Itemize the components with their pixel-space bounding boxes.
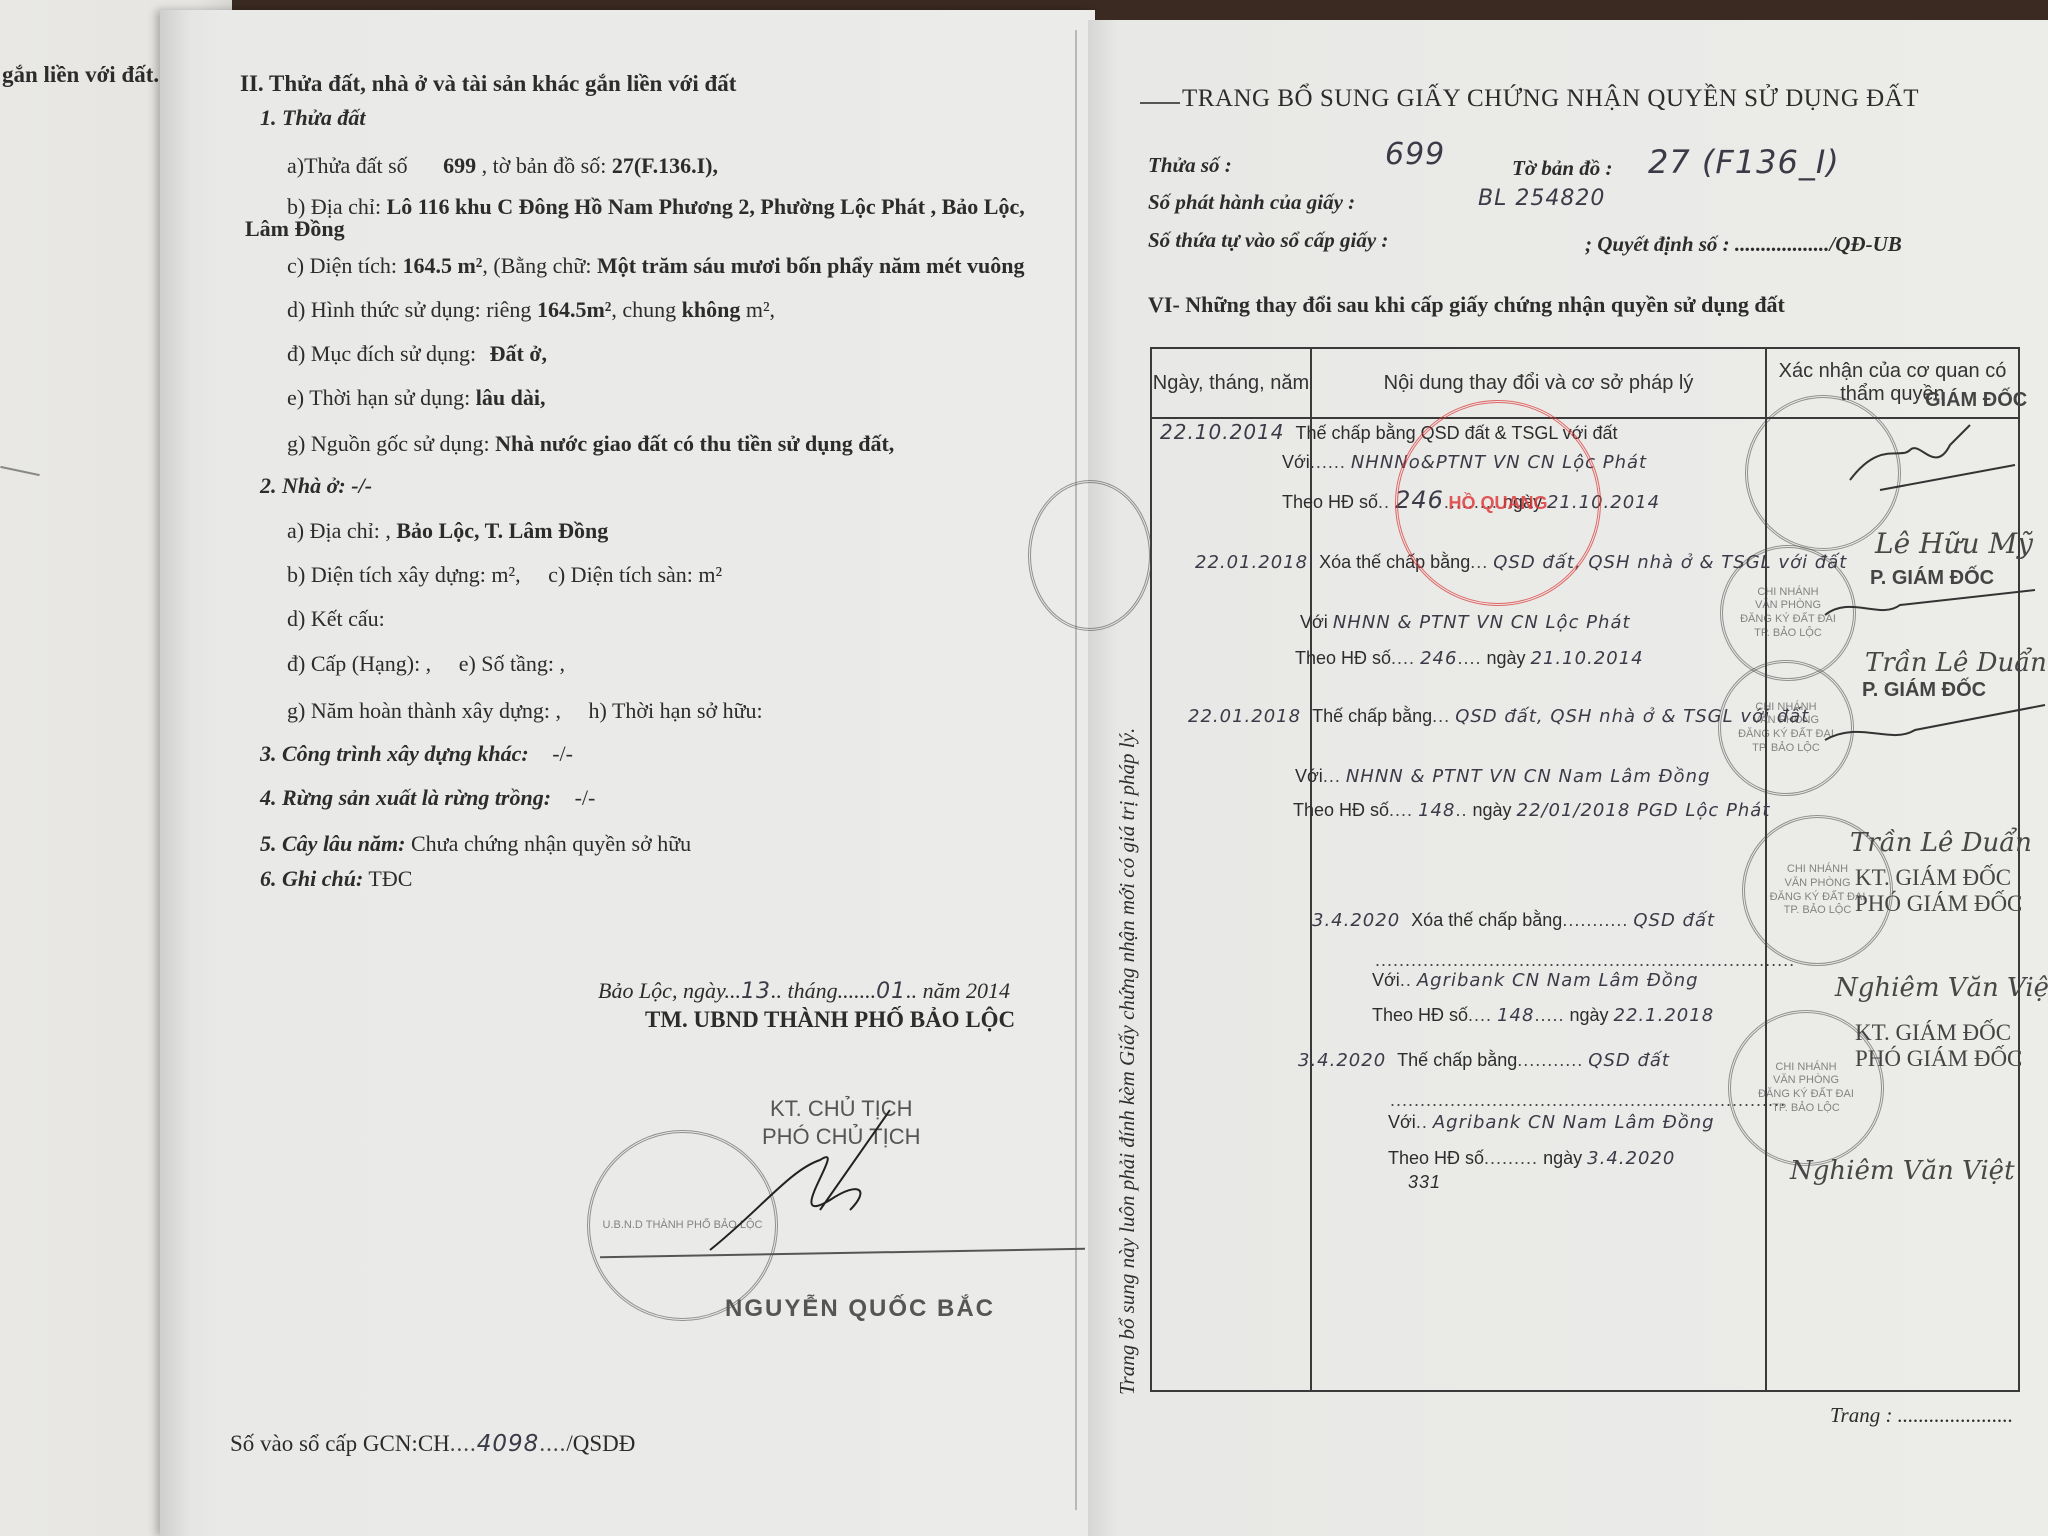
land-heading: 1. Thửa đất bbox=[260, 107, 365, 129]
with-value: Agribank CN Nam Lâm Đồng bbox=[1417, 970, 1699, 991]
house-area-row: b) Diện tích xây dựng: m², c) Diện tích … bbox=[287, 564, 722, 586]
with-label: Với bbox=[1388, 1112, 1416, 1132]
approver-name: Trần Lê Duẩn bbox=[1865, 650, 2047, 676]
entry-detail: QSD đất bbox=[1633, 910, 1715, 931]
approver-name: Lê Hữu Mỹ bbox=[1875, 530, 2033, 558]
entry-date: 3.4.2020 bbox=[1298, 1050, 1386, 1071]
order-no-label: Số thứa tự vào sổ cấp giấy : bbox=[1148, 230, 1388, 251]
other-item-6: 6. Ghi chú: TĐC bbox=[260, 868, 412, 890]
build-area-label: b) Diện tích xây dựng: m², bbox=[287, 562, 521, 587]
supplement-title: TRANG BỔ SUNG GIẤY CHỨNG NHẬN QUYỀN SỬ D… bbox=[1182, 86, 1919, 111]
entry-type: Xóa thế chấp bằng bbox=[1411, 910, 1562, 930]
area-in-words: Một trăm sáu mươi bốn phẩy năm mét vuông bbox=[597, 253, 1025, 278]
contract-date-label: ngày bbox=[1486, 648, 1525, 668]
with-value: NHNN & PTNT VN CN Lộc Phát bbox=[1333, 612, 1631, 633]
entry-with: Với.. Agribank CN Nam Lâm Đồng bbox=[1372, 970, 1699, 991]
contract-date: 22.1.2018 bbox=[1614, 1005, 1715, 1026]
contract-date-label: ngày bbox=[1569, 1005, 1608, 1025]
signer-name: NGUYỄN QUỐC BẮC bbox=[725, 1297, 995, 1321]
entry-with: Với NHNN & PTNT VN CN Lộc Phát bbox=[1300, 612, 1631, 633]
shared-unit: m², bbox=[746, 297, 775, 322]
issue-no-value: BL 254820 bbox=[1478, 188, 1605, 210]
parcel-no-label: Thửa số : bbox=[1148, 155, 1232, 176]
grade-row: đ) Cấp (Hạng): , e) Số tầng: , bbox=[287, 653, 565, 675]
other-label: 6. Ghi chú: bbox=[260, 866, 363, 891]
issue-no-label: Số phát hành của giấy : bbox=[1148, 192, 1355, 213]
title-line: KT. GIÁM ĐỐC bbox=[1855, 1020, 2022, 1046]
purpose-label: đ) Mục đích sử dụng: bbox=[287, 341, 476, 366]
land-parcel-row: a)Thửa đất số 699 , tờ bản đồ số: 27(F.1… bbox=[287, 155, 718, 177]
map-sheet-value: 27 (F136_I) bbox=[1648, 146, 1840, 178]
issuing-authority: TM. UBND THÀNH PHỐ BẢO LỘC bbox=[645, 1008, 1015, 1031]
contract-date: 3.4.2020 bbox=[1587, 1148, 1675, 1169]
contract-date-label: ngày bbox=[1543, 1148, 1582, 1168]
house-heading: 2. Nhà ở: -/- bbox=[260, 475, 372, 497]
entry-date: 22.01.2018 bbox=[1195, 552, 1308, 573]
with-label: Với bbox=[1300, 612, 1328, 632]
section-title: II. Thửa đất, nhà ở và tài sản khác gắn … bbox=[240, 72, 736, 95]
entry-date: 3.4.2020 bbox=[1312, 910, 1400, 931]
area-label: c) Diện tích: bbox=[287, 253, 397, 278]
previous-page-fragment: gắn liền với đất. bbox=[2, 63, 159, 86]
with-label: Với bbox=[1372, 970, 1400, 990]
approval-title: GIÁM ĐỐC bbox=[1925, 390, 2027, 410]
changes-section-title: VI- Những thay đổi sau khi cấp giấy chứn… bbox=[1148, 294, 1785, 316]
purpose-row: đ) Mục đích sử dụng: Đất ở, bbox=[287, 343, 547, 365]
approver-name: Nghiêm Văn Việt bbox=[1790, 1158, 2015, 1184]
contract-label: Theo HĐ số bbox=[1293, 800, 1389, 820]
other-item-5: 5. Cây lâu năm: Chưa chứng nhận quyền sở… bbox=[260, 833, 691, 855]
table-row: 3.4.2020 Thế chấp bằng........... QSD đấ… bbox=[1298, 1050, 1670, 1071]
origin-value: Nhà nước giao đất có thu tiền sử dụng đấ… bbox=[495, 431, 894, 456]
approver-name: Trần Lê Duẩn bbox=[1850, 830, 2032, 856]
floors-label: e) Số tầng: , bbox=[459, 651, 565, 676]
parcel-no-value: 699 bbox=[1385, 140, 1445, 170]
contract-no: 331 bbox=[1408, 1172, 1441, 1193]
grade-label: đ) Cấp (Hạng): , bbox=[287, 651, 431, 676]
registry-number-row: Số vào sổ cấp GCN:CH....4098..../QSDĐ bbox=[230, 1432, 635, 1456]
approval-title-block: KT. GIÁM ĐỐC PHÓ GIÁM ĐỐC bbox=[1855, 865, 2022, 918]
stamp-line: TP. BẢO LỘC bbox=[1758, 1102, 1854, 1116]
approval-signature bbox=[1820, 700, 2048, 760]
parcel-number: 699 bbox=[443, 153, 476, 178]
title-line: PHÓ GIÁM ĐỐC bbox=[1855, 1046, 2022, 1072]
contract-label: Theo HĐ số bbox=[1282, 492, 1378, 512]
other-label: 5. Cây lâu năm: bbox=[260, 831, 405, 856]
map-number: 27(F.136.I), bbox=[612, 153, 718, 178]
term-label: e) Thời hạn sử dụng: bbox=[287, 385, 470, 410]
entry-date: 22.01.2018 bbox=[1188, 706, 1301, 727]
with-label: Với bbox=[1295, 766, 1323, 786]
stamp-line: CHI NHÁNH bbox=[1770, 863, 1866, 877]
contract-no: 148 bbox=[1497, 1005, 1534, 1026]
term-row: e) Thời hạn sử dụng: lâu dài, bbox=[287, 387, 545, 409]
approval-title: P. GIÁM ĐỐC bbox=[1862, 680, 1986, 700]
approval-signature bbox=[1840, 420, 2020, 500]
origin-label: g) Nguồn gốc sử dụng: bbox=[287, 431, 490, 456]
house-address-label: a) Địa chỉ: , bbox=[287, 518, 391, 543]
page-fold bbox=[1075, 30, 1077, 1510]
shared-value: không bbox=[682, 297, 741, 322]
sign-year: .. năm 2014 bbox=[906, 978, 1010, 1003]
completion-label: g) Năm hoàn thành xây dựng: , bbox=[287, 698, 561, 723]
land-area-row: c) Diện tích: 164.5 m², (Bằng chữ: Một t… bbox=[287, 255, 1025, 277]
entry-dotted-line: ........................................… bbox=[1375, 950, 1795, 971]
vertical-legal-note: Trang bổ sung này luôn phải đính kèm Giấ… bbox=[1115, 728, 1140, 1395]
stamp-line: CHI NHÁNH bbox=[1758, 1061, 1854, 1075]
other-label: 3. Công trình xây dựng khác: bbox=[260, 741, 529, 766]
contract-label: Theo HĐ số bbox=[1372, 1005, 1468, 1025]
page-number-label: Trang : ...................... bbox=[1830, 1405, 2013, 1426]
house-address-row: a) Địa chỉ: , Bảo Lộc, T. Lâm Đồng bbox=[287, 520, 608, 542]
title-line: PHÓ GIÁM ĐỐC bbox=[1855, 891, 2022, 917]
sign-month: 01 bbox=[876, 979, 906, 1004]
month-prefix: .. tháng....... bbox=[771, 978, 876, 1003]
house-address-value: Bảo Lộc, T. Lâm Đồng bbox=[396, 518, 608, 543]
approver-name: Nghiêm Văn Việt bbox=[1835, 975, 2048, 1001]
title-rule bbox=[1140, 102, 1180, 104]
stamp-line: VĂN PHÒNG bbox=[1758, 1074, 1854, 1088]
entry-date: 22.10.2014 bbox=[1160, 420, 1285, 444]
stamp-line: ĐĂNG KÝ ĐẤT ĐAI bbox=[1770, 891, 1866, 905]
contract-no: 148 bbox=[1418, 800, 1455, 821]
approval-signature bbox=[1820, 585, 2040, 635]
registry-label: Số vào sổ cấp GCN:CH bbox=[230, 1431, 450, 1456]
completion-row: g) Năm hoàn thành xây dựng: , h) Thời hạ… bbox=[287, 700, 763, 722]
address-line-2: Lâm Đồng bbox=[245, 218, 345, 240]
entry-type: Thế chấp bằng bbox=[1397, 1050, 1517, 1070]
contract-date: 22/01/2018 PGD Lộc Phát bbox=[1517, 800, 1771, 821]
date-prefix: Bảo Lộc, ngày... bbox=[598, 978, 741, 1003]
table-row: 3.4.2020 Xóa thế chấp bằng........... QS… bbox=[1312, 910, 1715, 931]
land-address-row: b) Địa chỉ: Lô 116 khu C Đông Hồ Nam Phư… bbox=[287, 196, 1025, 218]
signing-date: Bảo Lộc, ngày...13.. tháng.......01.. nă… bbox=[598, 980, 1010, 1003]
title-line: KT. GIÁM ĐỐC bbox=[1855, 865, 2022, 891]
usage-form-label: d) Hình thức sử dụng: riêng bbox=[287, 297, 531, 322]
map-label: , tờ bản đồ số: bbox=[482, 153, 607, 178]
red-notary-stamp: HỒ QUANG bbox=[1395, 400, 1601, 606]
entry-contract: Theo HĐ số.... 246.... ngày 21.10.2014 bbox=[1295, 648, 1644, 669]
entry-contract: Theo HĐ số.... 148..... ngày 22.1.2018 bbox=[1372, 1005, 1714, 1026]
contract-label: Theo HĐ số bbox=[1295, 648, 1391, 668]
other-value: -/- bbox=[552, 741, 573, 766]
other-value: -/- bbox=[575, 785, 596, 810]
decision-no-label: ; Quyết định số : ................../QĐ-… bbox=[1585, 234, 1902, 255]
approval-title-block: KT. GIÁM ĐỐC PHÓ GIÁM ĐỐC bbox=[1855, 1020, 2022, 1073]
signature-scribble bbox=[700, 1100, 900, 1260]
entry-type: Thế chấp bằng bbox=[1312, 706, 1432, 726]
table-row: 22.01.2018 Thế chấp bằng... QSD đất, QSH… bbox=[1188, 706, 1809, 727]
other-item-3: 3. Công trình xây dựng khác: -/- bbox=[260, 743, 573, 765]
stamp-line: ĐĂNG KÝ ĐẤT ĐAI bbox=[1758, 1088, 1854, 1102]
registry-number: 4098 bbox=[477, 1431, 540, 1457]
entry-contract: Theo HĐ số.... 148.. ngày 22/01/2018 PGD… bbox=[1293, 800, 1770, 821]
entry-detail: QSD đất bbox=[1588, 1050, 1670, 1071]
entry-with: Với.. Agribank CN Nam Lâm Đồng bbox=[1388, 1112, 1715, 1133]
stamp-line: TP. BẢO LỘC bbox=[1770, 904, 1866, 918]
entry-dotted-line: ........................................… bbox=[1390, 1090, 1786, 1111]
private-area: 164.5m² bbox=[537, 297, 611, 322]
contract-date: 21.10.2014 bbox=[1531, 648, 1644, 669]
purpose-value: Đất ở, bbox=[490, 341, 547, 366]
other-value: TĐC bbox=[368, 866, 412, 891]
contract-date-label: ngày bbox=[1472, 800, 1511, 820]
entry-contract: Theo HĐ số......... ngày 3.4.2020 bbox=[1388, 1148, 1675, 1169]
contract-no: 246 bbox=[1420, 648, 1457, 669]
other-value: Chưa chứng nhận quyền sở hữu bbox=[411, 831, 691, 856]
binding-stamp bbox=[1028, 480, 1152, 631]
parcel-label: a)Thửa đất số bbox=[287, 153, 408, 178]
stamp-line: VĂN PHÒNG bbox=[1770, 877, 1866, 891]
term-value: lâu dài, bbox=[476, 385, 546, 410]
registry-suffix: /QSDĐ bbox=[566, 1431, 635, 1456]
header-date: Ngày, tháng, năm bbox=[1151, 348, 1311, 418]
other-label: 4. Rừng sản xuất là rừng trồng: bbox=[260, 785, 551, 810]
floor-area-label: c) Diện tích sàn: m² bbox=[548, 562, 722, 587]
contract-label: Theo HĐ số bbox=[1388, 1148, 1484, 1168]
structure-label: d) Kết cấu: bbox=[287, 608, 385, 630]
address-value: Lô 116 khu C Đông Hồ Nam Phương 2, Phườn… bbox=[387, 194, 1025, 219]
entry-with: Với... NHNN & PTNT VN CN Nam Lâm Đồng bbox=[1295, 766, 1710, 787]
shared-label: , chung bbox=[611, 297, 676, 322]
margin-mark bbox=[0, 466, 40, 476]
sign-day: 13 bbox=[741, 979, 771, 1004]
area-value: 164.5 m² bbox=[402, 253, 482, 278]
red-stamp-text: HỒ QUANG bbox=[1449, 492, 1548, 515]
usage-form-row: d) Hình thức sử dụng: riêng 164.5m², chu… bbox=[287, 299, 775, 321]
with-value: NHNN & PTNT VN CN Nam Lâm Đồng bbox=[1346, 766, 1711, 787]
other-item-4: 4. Rừng sản xuất là rừng trồng: -/- bbox=[260, 787, 595, 809]
with-label: Với bbox=[1282, 452, 1310, 472]
ownership-term-label: h) Thời hạn sở hữu: bbox=[589, 698, 763, 723]
area-words-label: , (Bằng chữ: bbox=[482, 253, 591, 278]
origin-row: g) Nguồn gốc sử dụng: Nhà nước giao đất … bbox=[287, 433, 894, 455]
map-sheet-label: Tờ bản đồ : bbox=[1512, 158, 1613, 179]
with-value: Agribank CN Nam Lâm Đồng bbox=[1433, 1112, 1715, 1133]
